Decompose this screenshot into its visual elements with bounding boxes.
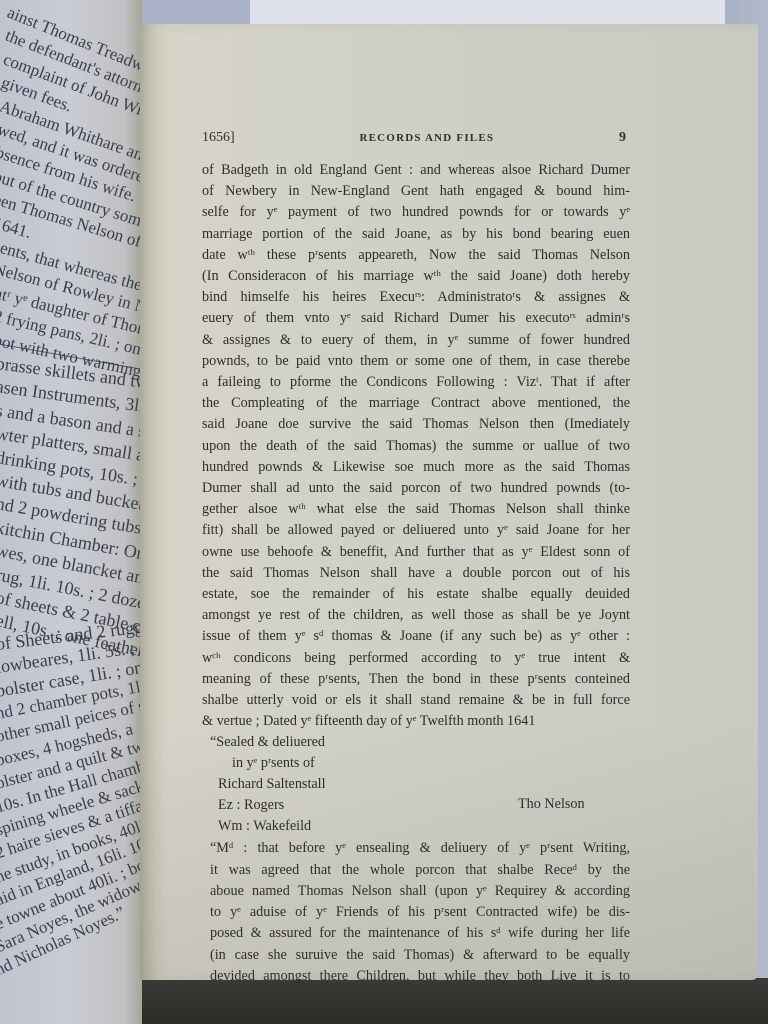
page-body: of Badgeth in old England Gent : and whe… — [202, 160, 630, 987]
header-year: 1656] — [202, 130, 235, 146]
paragraph-memorandum: “Mᵈ : that before yᵉ ensealing & deliuer… — [202, 838, 630, 986]
text-line: amongst ye rest of the children, as well… — [202, 605, 630, 626]
witness-1: Richard Saltenstall — [218, 774, 326, 795]
witness-3: Wm : Wakefeild — [218, 816, 311, 837]
paragraph-contract: of Badgeth in old England Gent : and whe… — [202, 160, 630, 732]
text-line: & assignes & to euery of them, in yᵉ sum… — [202, 330, 630, 351]
text-line: upon the death of the said Thomas) the s… — [202, 436, 630, 457]
page-number: 9 — [619, 130, 626, 146]
text-line: hundred pownds & Likewise soe much more … — [202, 457, 630, 478]
text-line: the Compleating of the marriage Contract… — [202, 393, 630, 414]
text-line: of Badgeth in old England Gent : and whe… — [202, 160, 630, 181]
text-line: bind himselfe his heires Execuʳˢ: Admini… — [202, 287, 630, 308]
text-line: devided amongst there Children, but whil… — [202, 966, 630, 987]
text-line: a faileing to pforme the Condicons Follo… — [202, 372, 630, 393]
text-line: meaning of these pʳsents, Then the bond … — [202, 669, 630, 690]
right-page: 1656] RECORDS AND FILES 9 of Badgeth in … — [140, 24, 758, 980]
text-line: euery of them vnto yᵉ said Richard Dumer… — [202, 308, 630, 329]
signatory: Tho Nelson — [518, 794, 585, 815]
header-title: RECORDS AND FILES — [359, 132, 494, 144]
text-line: issue of them yᵉ sᵈ thomas & Joane (if a… — [202, 626, 630, 647]
text-line: wᶜʰ condicons being performed according … — [202, 648, 630, 669]
text-line: pownds, to be paid vnto them or some one… — [202, 351, 630, 372]
text-line: (in case she suruive the said Thomas) & … — [202, 945, 630, 966]
text-line: said Joane doe survive the said Thomas N… — [202, 414, 630, 435]
text-line: selfe for yᵉ payment of two hundred pown… — [202, 202, 630, 223]
text-line: fitt) shall be allowed payed or deliuere… — [202, 520, 630, 541]
text-line: gether alsoe wᵗʰ what else the said Thom… — [202, 499, 630, 520]
presence-line: in yᵉ pʳsents of — [232, 753, 315, 774]
text-line: date wᵗʰ these pʳsents appeareth, Now th… — [202, 245, 630, 266]
running-header: 1656] RECORDS AND FILES 9 — [202, 130, 626, 146]
text-line: marriage portion of the said Joane, as b… — [202, 224, 630, 245]
text-line: & vertue ; Dated yᵉ fifteenth day of yᵉ … — [202, 711, 630, 732]
left-page: ainst Thomas Treadwell. COURTthe defenda… — [0, 0, 142, 1024]
text-line: aboue named Thomas Nelson shall (upon yᵉ… — [202, 881, 630, 902]
text-line: to yᵉ aduise of yᵉ Friends of his pʳsent… — [202, 902, 630, 923]
signature-block: “Sealed & deliuered in yᵉ pʳsents of Ric… — [202, 732, 630, 838]
text-line: owne use behoofe & beneffit, And further… — [202, 542, 630, 563]
text-line: posed & assured for the maintenance of h… — [202, 923, 630, 944]
text-line: (In Consideracon of his marriage wᵗʰ the… — [202, 266, 630, 287]
text-line: Dumer shall ad unto the said porcon of t… — [202, 478, 630, 499]
text-line: of Newbery in New-England Gent hath enga… — [202, 181, 630, 202]
witness-2: Ez : Rogers — [218, 795, 284, 816]
text-line: shalbe utterly void or els it shall stan… — [202, 690, 630, 711]
text-line: estate, soe the remainder of his estate … — [202, 584, 630, 605]
text-line: the said Thomas Nelson shall have a doub… — [202, 563, 630, 584]
text-line: it was agreed that the whole porcon that… — [202, 860, 630, 881]
sealed-line: “Sealed & deliuered — [210, 732, 325, 753]
text-line: “Mᵈ : that before yᵉ ensealing & deliuer… — [202, 838, 630, 859]
